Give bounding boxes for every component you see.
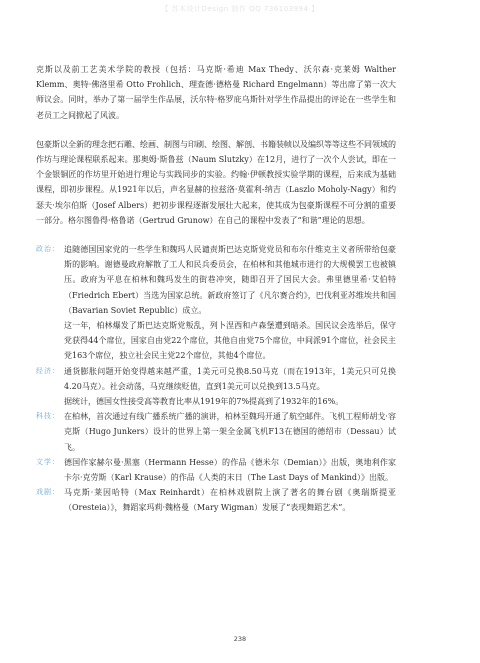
entry-text: 据统计，德国女性接受高等教育比率从1919年的7%提高到了1932年的16%。 [64,394,396,409]
entry-politics: 政治： 追随德国国家党的一些学生和魏玛人民谴责斯巴达克斯党党员和布尔什维克主义者… [36,242,396,364]
entry-label: 戏剧： [36,485,64,515]
entry-label: 政治： [36,242,64,364]
entry-economy: 经济： 通货膨胀问题开始变得越来越严重，1美元可兑换8.50马克（而在1913年… [36,364,396,410]
entry-text: 德国作家赫尔曼·黑塞（Hermann Hesse）的作品《德米尔（Demian）… [64,455,396,485]
entry-text: 这一年，柏林爆发了斯巴达克斯党叛乱，列卜涅西和卢森堡遭到暗杀。国民议会选举后，保… [64,318,396,364]
watermark: 【 苏木设计Design 制作 QQ 736103994 】 [0,4,480,14]
chronology-entries: 政治： 追随德国国家党的一些学生和魏玛人民谴责斯巴达克斯党党员和布尔什维克主义者… [36,242,396,516]
entry-text: 马克斯·莱因哈特（Max Reinhardt）在柏林戏剧院上演了著名的舞台剧《奥… [64,485,396,515]
entry-text: 通货膨胀问题开始变得越来越严重，1美元可兑换8.50马克（而在1913年，1美元… [64,364,396,394]
entry-literature: 文学： 德国作家赫尔曼·黑塞（Hermann Hesse）的作品《德米尔（Dem… [36,455,396,485]
entry-label: 科技： [36,409,64,455]
entry-technology: 科技： 在柏林，首次通过有线广播系统广播的演讲，柏林至魏玛开通了航空邮件。飞机工… [36,409,396,455]
page-number: 238 [0,635,480,643]
entry-label: 文学： [36,455,64,485]
paragraph: 包豪斯以全新的理念把石雕、绘画、制图与印刷、绘图、解剖、书籍装帧以及编织等等这些… [36,137,396,228]
entry-drama: 戏剧： 马克斯·莱因哈特（Max Reinhardt）在柏林戏剧院上演了著名的舞… [36,485,396,515]
entry-label: 经济： [36,364,64,410]
page-body: 克斯以及前工艺美术学院的教授（包括：马克斯·希迪 Max Thedy、沃尔森·克… [36,62,396,516]
entry-text: 追随德国国家党的一些学生和魏玛人民谴责斯巴达克斯党党员和布尔什维克主义者所带给包… [64,242,396,318]
entry-text: 在柏林，首次通过有线广播系统广播的演讲，柏林至魏玛开通了航空邮件。飞机工程师胡戈… [64,409,396,455]
paragraph: 克斯以及前工艺美术学院的教授（包括：马克斯·希迪 Max Thedy、沃尔森·克… [36,62,396,123]
